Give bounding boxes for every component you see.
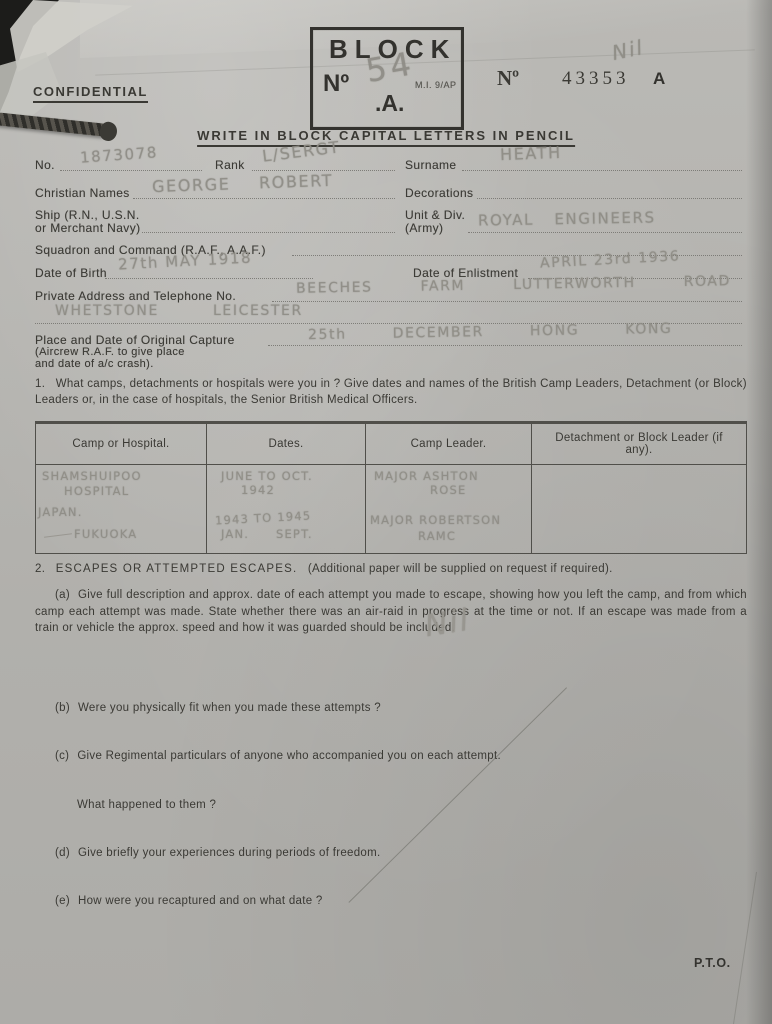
question-1: 1. What camps, detachments or hospitals …	[35, 376, 747, 408]
field-dob-label: Date of Birth	[35, 266, 107, 280]
cell-detachment-leader	[532, 465, 746, 553]
field-capture-rule	[268, 345, 742, 346]
question-1-text: What camps, detachments or hospitals wer…	[35, 378, 747, 406]
confidential-label: CONFIDENTIAL	[33, 84, 148, 103]
field-ship-rule	[142, 232, 395, 233]
camp-entry-1-line2: HOSPITAL	[64, 484, 129, 498]
question-2-number: 2.	[35, 563, 45, 575]
camp-entry-2-dash	[44, 533, 72, 537]
field-address-value-line2: WHETSTONE LEICESTER	[55, 303, 303, 319]
nil-answer-2a: Nil	[423, 603, 473, 645]
field-capture-note-line2: and date of a/c crash).	[35, 358, 154, 370]
mi9-reference: M.I. 9/AP	[415, 80, 457, 90]
field-ship-label-line2: or Merchant Navy)	[35, 221, 141, 235]
question-2a-text: Give full description and approx. date o…	[35, 589, 747, 634]
question-2c-followup: What happened to them ?	[35, 797, 772, 814]
field-unit-value: ROYAL ENGINEERS	[478, 208, 656, 229]
field-unit-label-line1: Unit & Div.	[405, 208, 465, 222]
field-no-rule	[60, 170, 202, 171]
field-surname-rule	[462, 170, 742, 171]
field-surname-value: HEATH	[500, 143, 562, 164]
question-2d-text: Give briefly your experiences during per…	[78, 847, 381, 859]
field-address-label: Private Address and Telephone No.	[35, 289, 236, 303]
field-no-label: No.	[35, 158, 55, 172]
question-2-note: (Additional paper will be supplied on re…	[308, 563, 613, 575]
field-capture-label: Place and Date of Original Capture	[35, 333, 235, 347]
question-2c: (c)Give Regimental particulars of anyone…	[35, 748, 747, 765]
dates-entry-2-line1: 1943 TO 1945	[215, 508, 312, 527]
field-decorations-label: Decorations	[405, 186, 473, 200]
question-2e-text: How were you recaptured and on what date…	[78, 895, 323, 907]
question-2e: (e)How were you recaptured and on what d…	[35, 893, 747, 910]
dates-entry-1-line1: JUNE TO OCT.	[221, 469, 313, 483]
header-dates: Dates.	[207, 424, 366, 464]
question-2b-text: Were you physically fit when you made th…	[78, 702, 381, 714]
field-dob-rule	[105, 278, 313, 279]
field-enlistment-value: APRIL 23rd 1936	[540, 248, 681, 271]
field-christian-names-label: Christian Names	[35, 186, 130, 200]
field-unit-label-line2: (Army)	[405, 221, 443, 235]
pto-label: P.T.O.	[694, 956, 731, 970]
camp-entry-2-line1: FUKUOKA	[74, 527, 137, 541]
cell-dates: JUNE TO OCT. 1942 1943 TO 1945 JAN. SEPT…	[207, 465, 366, 553]
header-camp-or-hospital: Camp or Hospital.	[36, 424, 207, 464]
camps-table: Camp or Hospital. Dates. Camp Leader. De…	[35, 421, 747, 554]
question-1-number: 1.	[35, 378, 45, 390]
camp-entry-1-line1: SHAMSHUIPOO	[42, 469, 142, 483]
camps-table-body-row: SHAMSHUIPOO HOSPITAL JAPAN. FUKUOKA JUNE…	[36, 465, 746, 553]
diagonal-crease	[348, 687, 567, 903]
header-detachment-leader: Detachment or Block Leader (if any).	[532, 424, 746, 464]
leader-entry-2-line2: RAMC	[418, 529, 456, 543]
field-christian-names-rule	[133, 198, 395, 199]
question-2b: (b)Were you physically fit when you made…	[35, 700, 747, 717]
string-tie	[0, 112, 108, 137]
series-letter: A	[653, 69, 665, 89]
nil-annotation-top: Nil	[610, 35, 646, 65]
field-surname-label: Surname	[405, 158, 457, 172]
question-2c-text: Give Regimental particulars of anyone wh…	[77, 750, 501, 762]
field-address-value-line1: BEECHES FARM LUTTERWORTH ROAD	[296, 273, 731, 297]
camp-entry-1-line3: JAPAN.	[38, 505, 83, 519]
question-2d-letter: (d)	[55, 847, 70, 859]
leader-entry-2-line1: MAJOR ROBERTSON	[370, 513, 501, 527]
field-ship-label-line1: Ship (R.N., U.S.N.	[35, 208, 140, 222]
question-2-title: ESCAPES OR ATTEMPTED ESCAPES.	[56, 563, 298, 575]
field-capture-value: 25th DECEMBER HONG KONG	[308, 321, 673, 343]
header-camp-leader: Camp Leader.	[366, 424, 532, 464]
question-2c-followup-text: What happened to them ?	[77, 799, 216, 811]
question-2c-letter: (c)	[55, 750, 69, 762]
camps-table-header-row: Camp or Hospital. Dates. Camp Leader. De…	[36, 424, 746, 465]
leader-entry-1-line2: ROSE	[430, 483, 466, 497]
cell-camp-or-hospital: SHAMSHUIPOO HOSPITAL JAPAN. FUKUOKA	[36, 465, 207, 553]
field-unit-rule	[468, 232, 742, 233]
scanned-pow-form-page: CONFIDENTIAL BLOCK Nº .A. 54 M.I. 9/AP N…	[0, 0, 772, 1024]
question-2a: (a)Give full description and approx. dat…	[35, 587, 747, 637]
question-2d: (d)Give briefly your experiences during …	[35, 845, 747, 862]
page-right-edge-shadow	[746, 0, 772, 1024]
field-no-value: 1873078	[79, 143, 158, 166]
question-2e-letter: (e)	[55, 895, 70, 907]
leader-entry-1-line1: MAJOR ASHTON	[374, 469, 479, 483]
field-christian-names-value: GEORGE ROBERT	[152, 171, 334, 196]
cell-camp-leader: MAJOR ASHTON ROSE MAJOR ROBERTSON RAMC	[366, 465, 532, 553]
dates-entry-1-line2: 1942	[241, 483, 275, 497]
stamp-suffix: .A.	[375, 90, 404, 117]
field-address-rule	[272, 301, 742, 302]
field-rank-label: Rank	[215, 158, 245, 172]
stamp-no-label: Nº	[323, 70, 349, 98]
serial-number: 43353	[562, 68, 630, 90]
field-capture-note-line1: (Aircrew R.A.F. to give place	[35, 346, 185, 358]
field-decorations-rule	[477, 198, 742, 199]
question-2b-letter: (b)	[55, 702, 70, 714]
dates-entry-2-line2: JAN. SEPT.	[221, 527, 313, 541]
serial-no-label: Nº	[497, 66, 519, 91]
question-2-heading: 2. ESCAPES OR ATTEMPTED ESCAPES. (Additi…	[35, 563, 747, 575]
question-2a-letter: (a)	[55, 589, 70, 601]
